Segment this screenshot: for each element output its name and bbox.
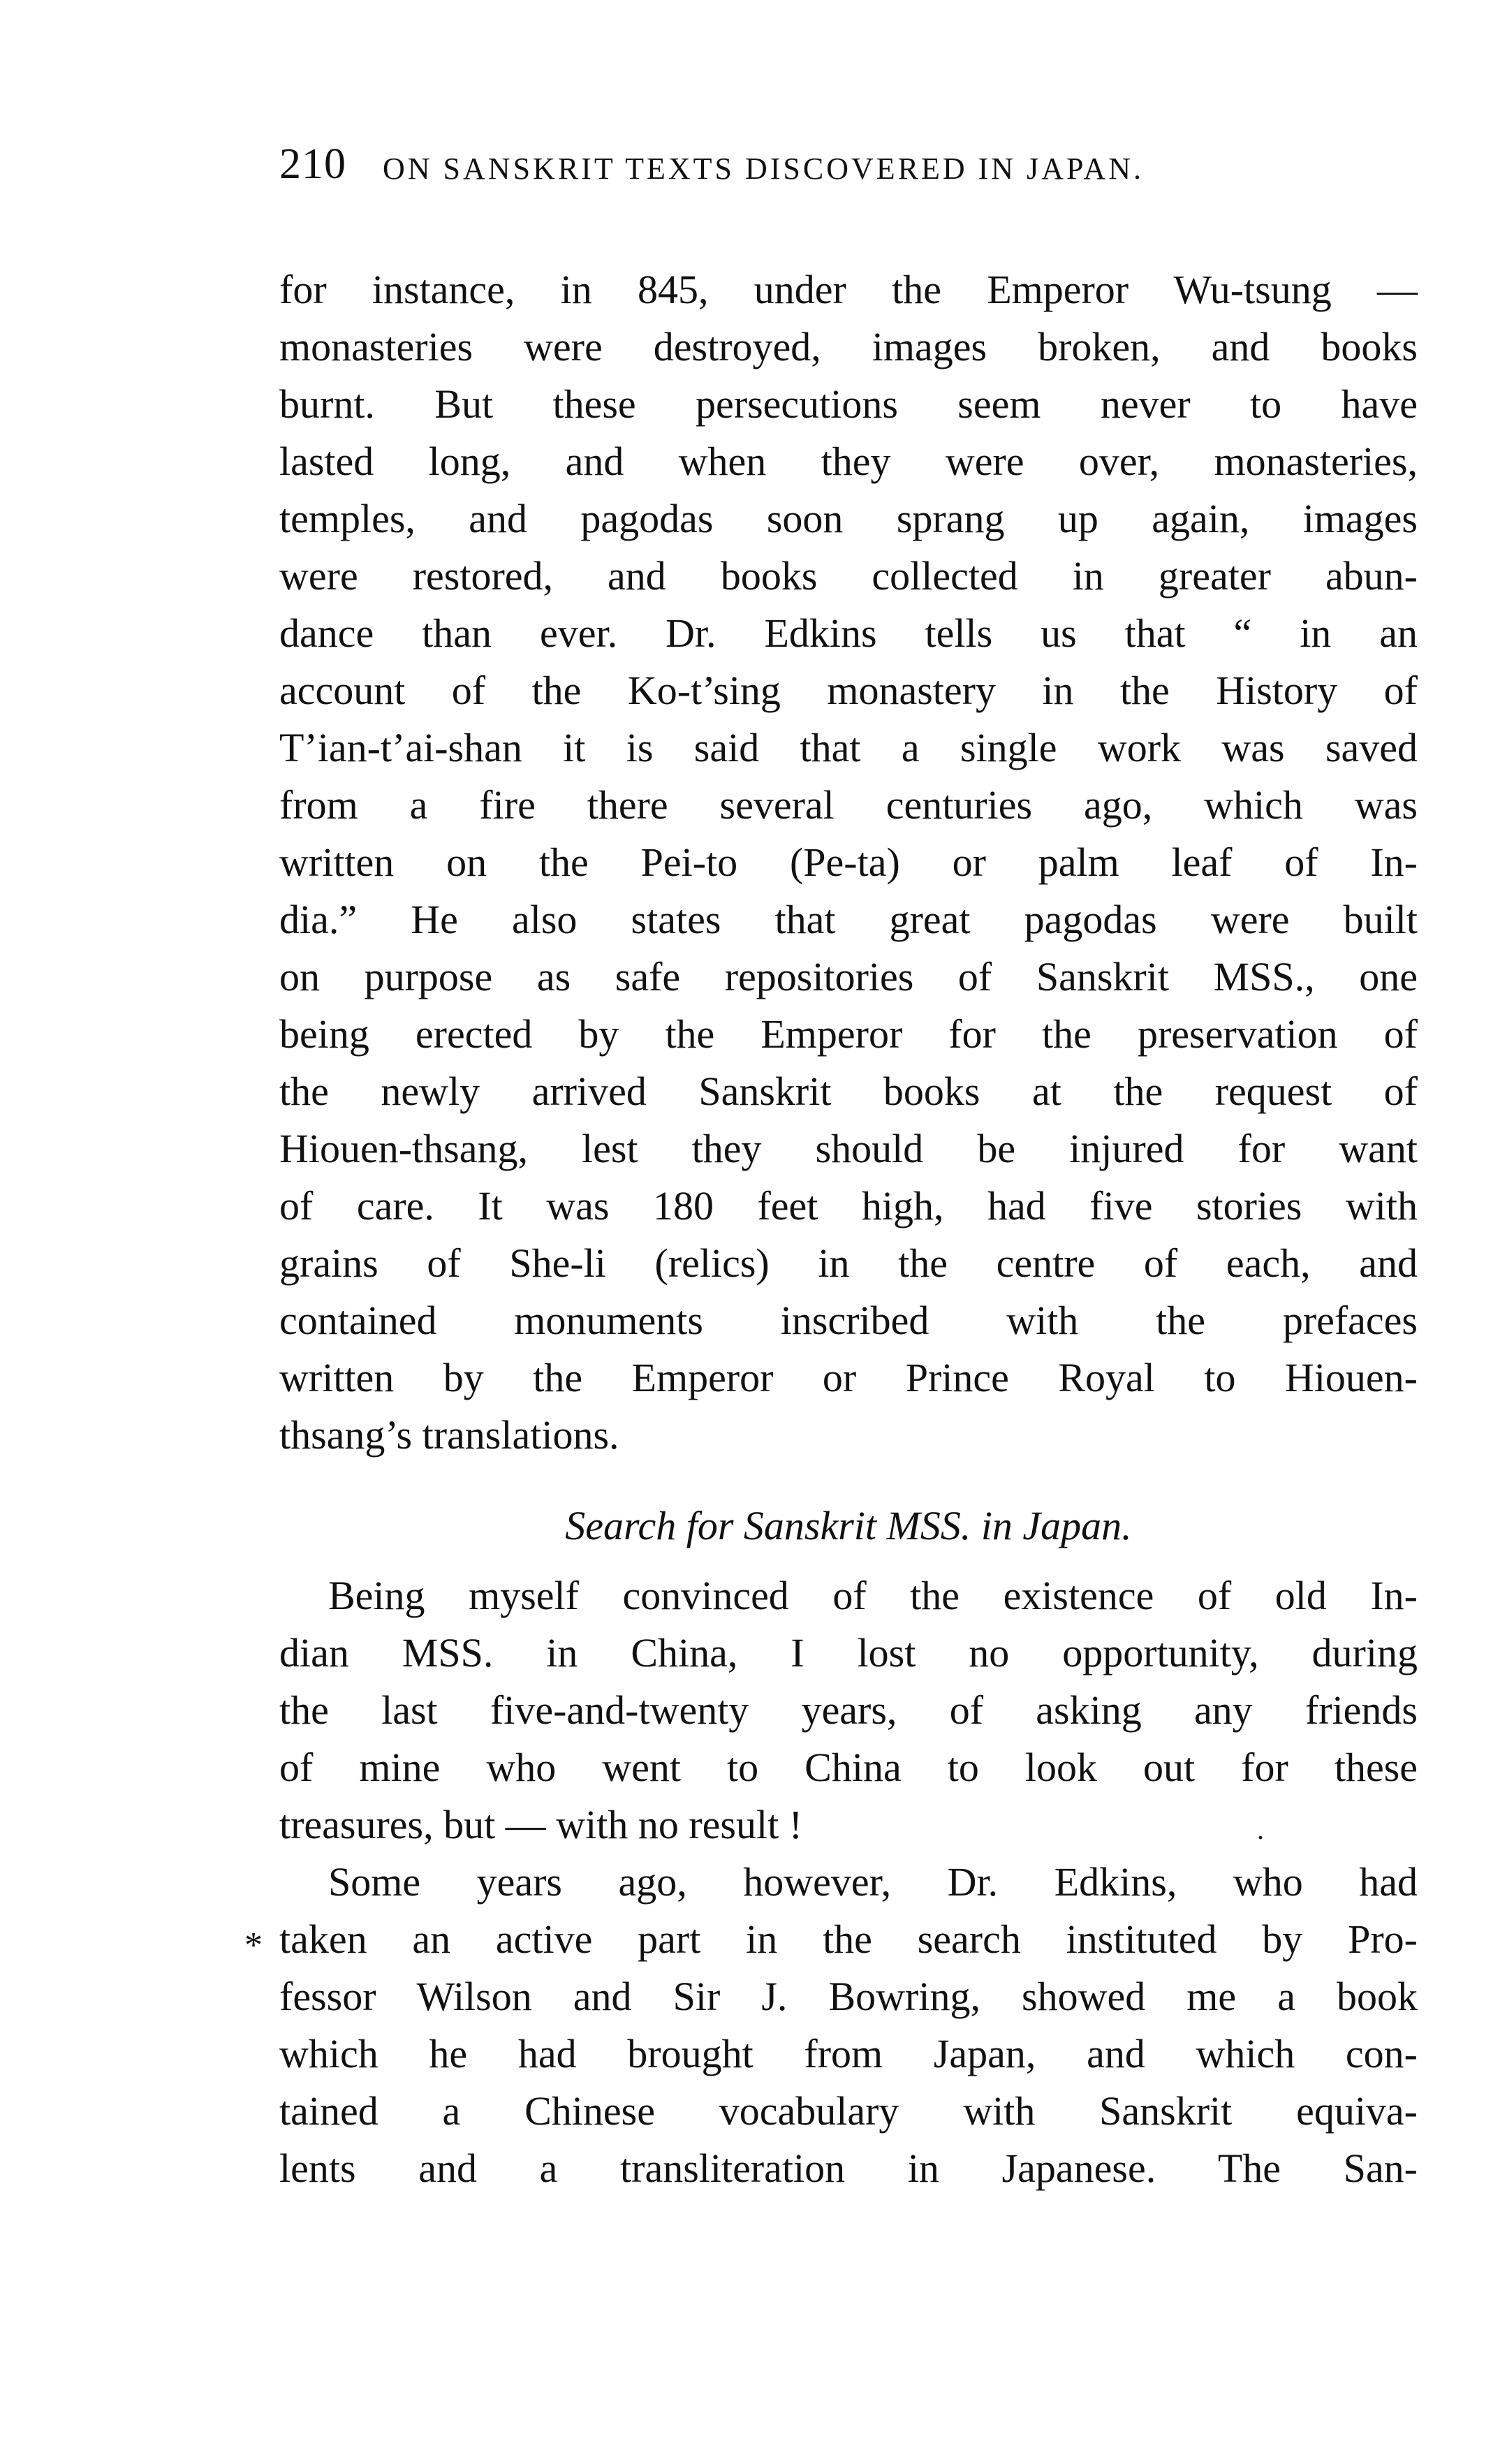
text-line: account of the Ko-t’sing monastery in th… xyxy=(279,666,1418,715)
text-line: written by the Emperor or Prince Royal t… xyxy=(279,1354,1418,1402)
text-line: from a fire there several centuries ago,… xyxy=(279,781,1418,830)
text-line: of care. It was 180 feet high, had five … xyxy=(279,1182,1418,1231)
text-line: for instance, in 845, under the Emperor … xyxy=(279,265,1418,314)
text-line: being erected by the Emperor for the pre… xyxy=(279,1010,1418,1059)
text-line: taken an active part in the search insti… xyxy=(279,1915,1418,1964)
text-line: on purpose as safe repositories of Sansk… xyxy=(279,953,1418,1002)
text-line: treasures, but — with no result ! xyxy=(279,1801,1418,1849)
text-line: Being myself convinced of the existence … xyxy=(328,1571,1418,1620)
text-line: were restored, and books collected in gr… xyxy=(279,552,1418,601)
page-number: 210 xyxy=(279,140,346,189)
text-line: thsang’s translations. xyxy=(279,1411,1418,1460)
text-line: Hiouen-thsang, lest they should be injur… xyxy=(279,1124,1418,1173)
text-line: Some years ago, however, Dr. Edkins, who… xyxy=(328,1858,1418,1907)
text-line: dia.” He also states that great pagodas … xyxy=(279,895,1418,944)
text-line: fessor Wilson and Sir J. Bowring, showed… xyxy=(279,1972,1418,2021)
text-line: contained monuments inscribed with the p… xyxy=(279,1296,1418,1345)
text-line: which he had brought from Japan, and whi… xyxy=(279,2030,1418,2078)
text-line: dance than ever. Dr. Edkins tells us tha… xyxy=(279,609,1418,658)
text-line: lents and a transliteration in Japanese.… xyxy=(279,2144,1418,2193)
text-line: T’ian-t’ai-shan it is said that a single… xyxy=(279,724,1418,772)
text-line: monasteries were destroyed, images broke… xyxy=(279,323,1418,372)
text-line: lasted long, and when they were over, mo… xyxy=(279,437,1418,486)
text-line: of mine who went to China to look out fo… xyxy=(279,1743,1418,1792)
text-line: written on the Pei-to (Pe-ta) or palm le… xyxy=(279,838,1418,887)
text-line: dian MSS. in China, I lost no opportunit… xyxy=(279,1629,1418,1678)
section-heading: Search for Sanskrit MSS. in Japan. xyxy=(279,1502,1418,1550)
text-line: the newly arrived Sanskrit books at the … xyxy=(279,1067,1418,1116)
text-line: the last five-and-twenty years, of askin… xyxy=(279,1686,1418,1735)
stray-dot-mark: . xyxy=(1257,1816,1264,1844)
text-line: grains of She-li (relics) in the centre … xyxy=(279,1239,1418,1288)
text-line: tained a Chinese vocabulary with Sanskri… xyxy=(279,2087,1418,2136)
text-line: temples, and pagodas soon sprang up agai… xyxy=(279,494,1418,543)
text-line: burnt. But these persecutions seem never… xyxy=(279,380,1418,429)
running-title: ON SANSKRIT TEXTS DISCOVERED IN JAPAN. xyxy=(383,151,1144,186)
running-head: 210 ON SANSKRIT TEXTS DISCOVERED IN JAPA… xyxy=(279,140,1418,196)
asterisk-margin-mark: * xyxy=(244,1928,263,1964)
